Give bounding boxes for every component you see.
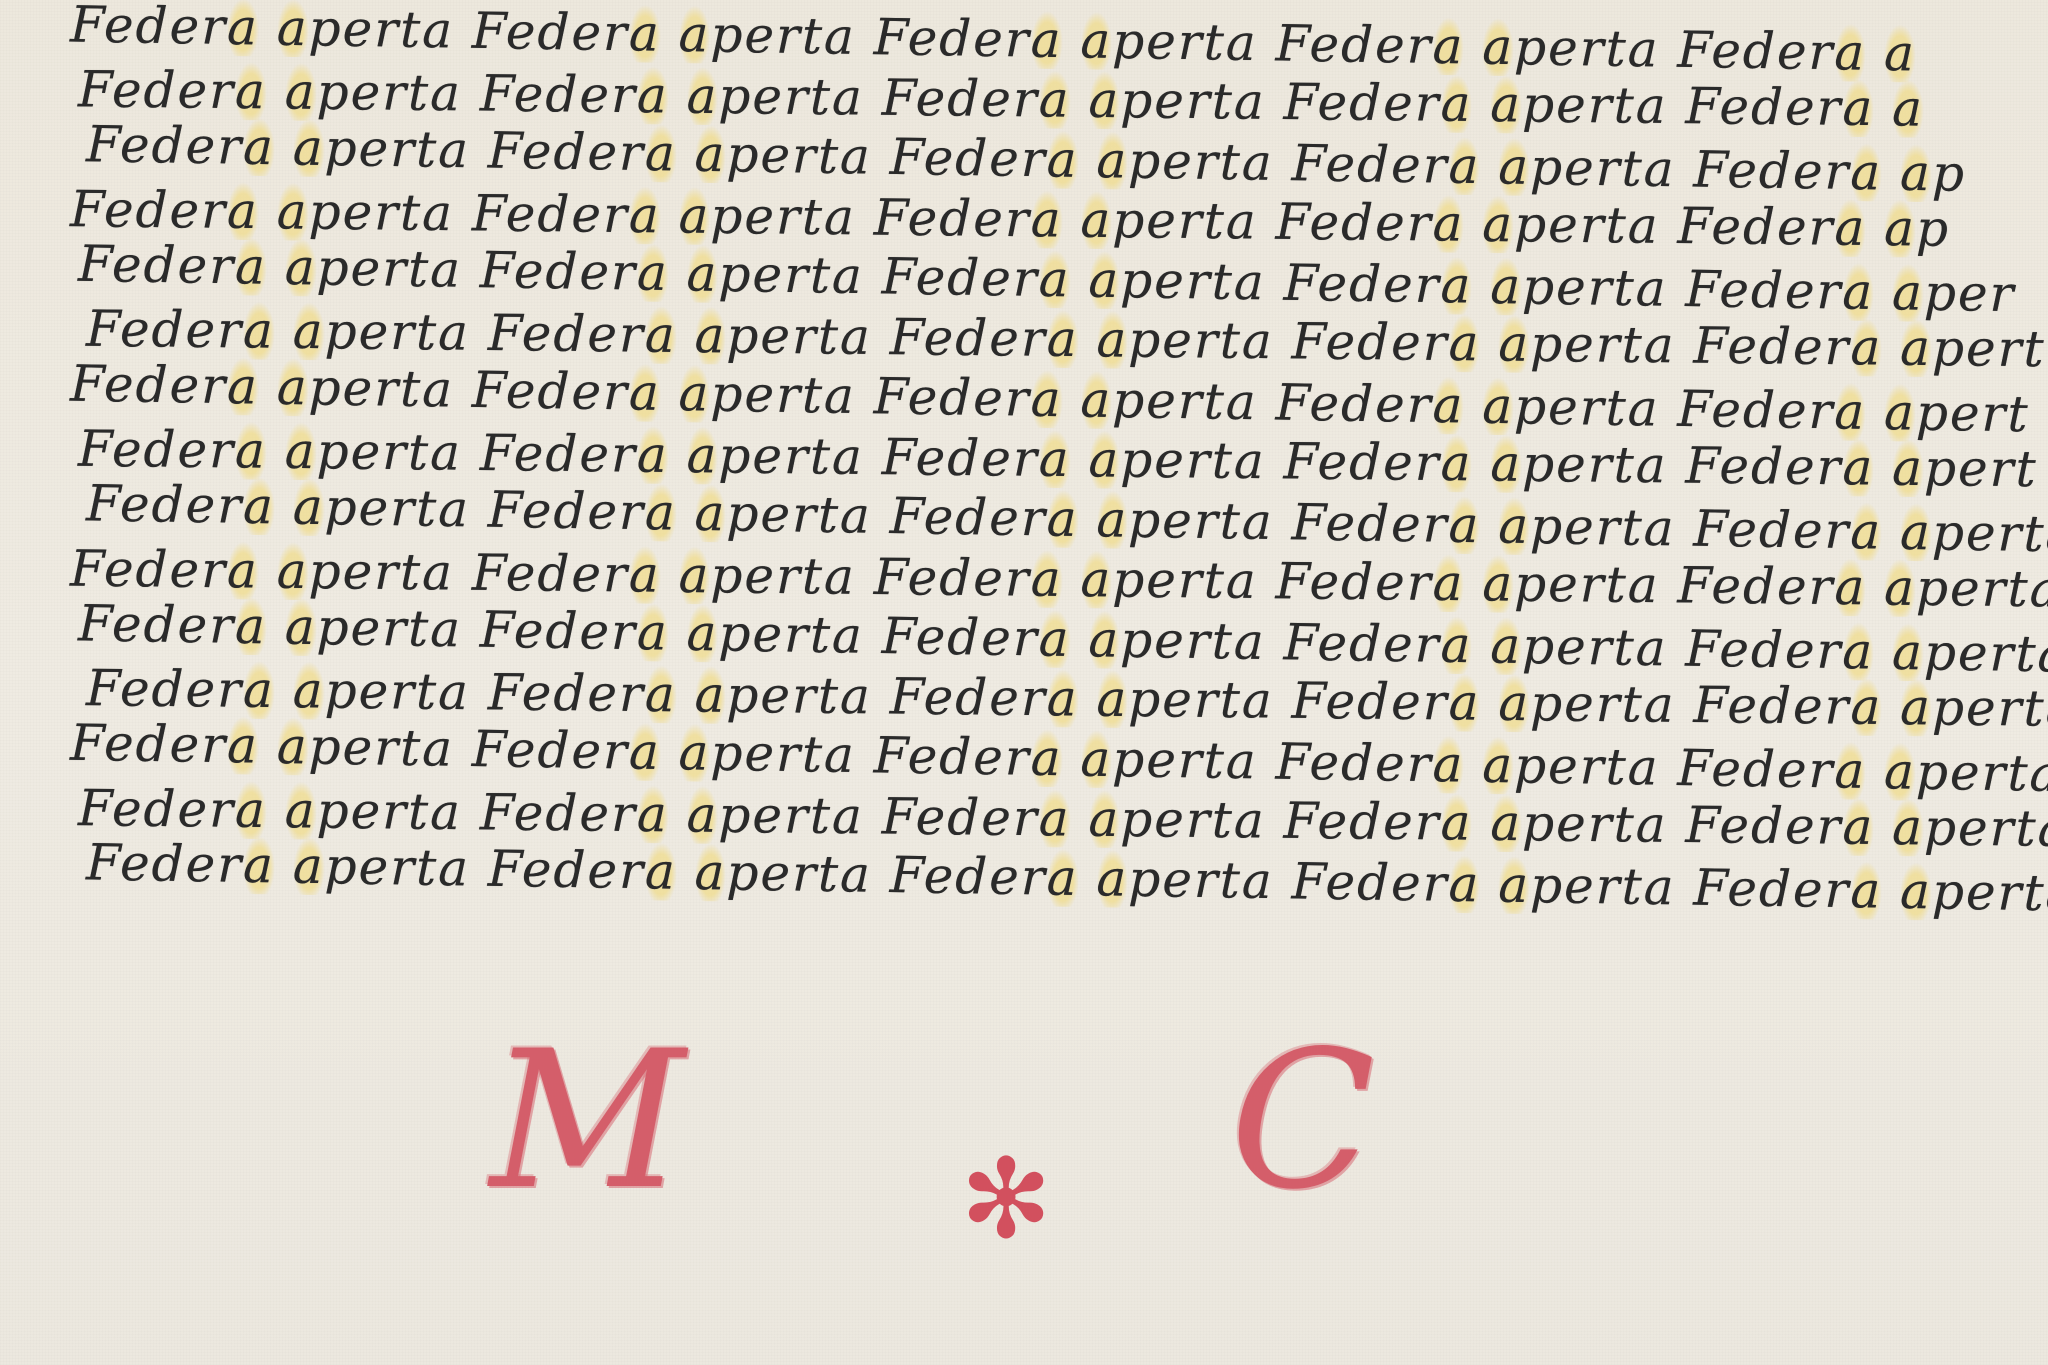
snowflake-icon: ✻	[960, 1135, 1052, 1263]
monogram-letter-c: C	[1230, 1010, 1375, 1231]
embroidered-fabric: Federa aperta Federa aperta Federa apert…	[0, 0, 2048, 1365]
monogram-letter-m: M	[490, 1010, 685, 1231]
